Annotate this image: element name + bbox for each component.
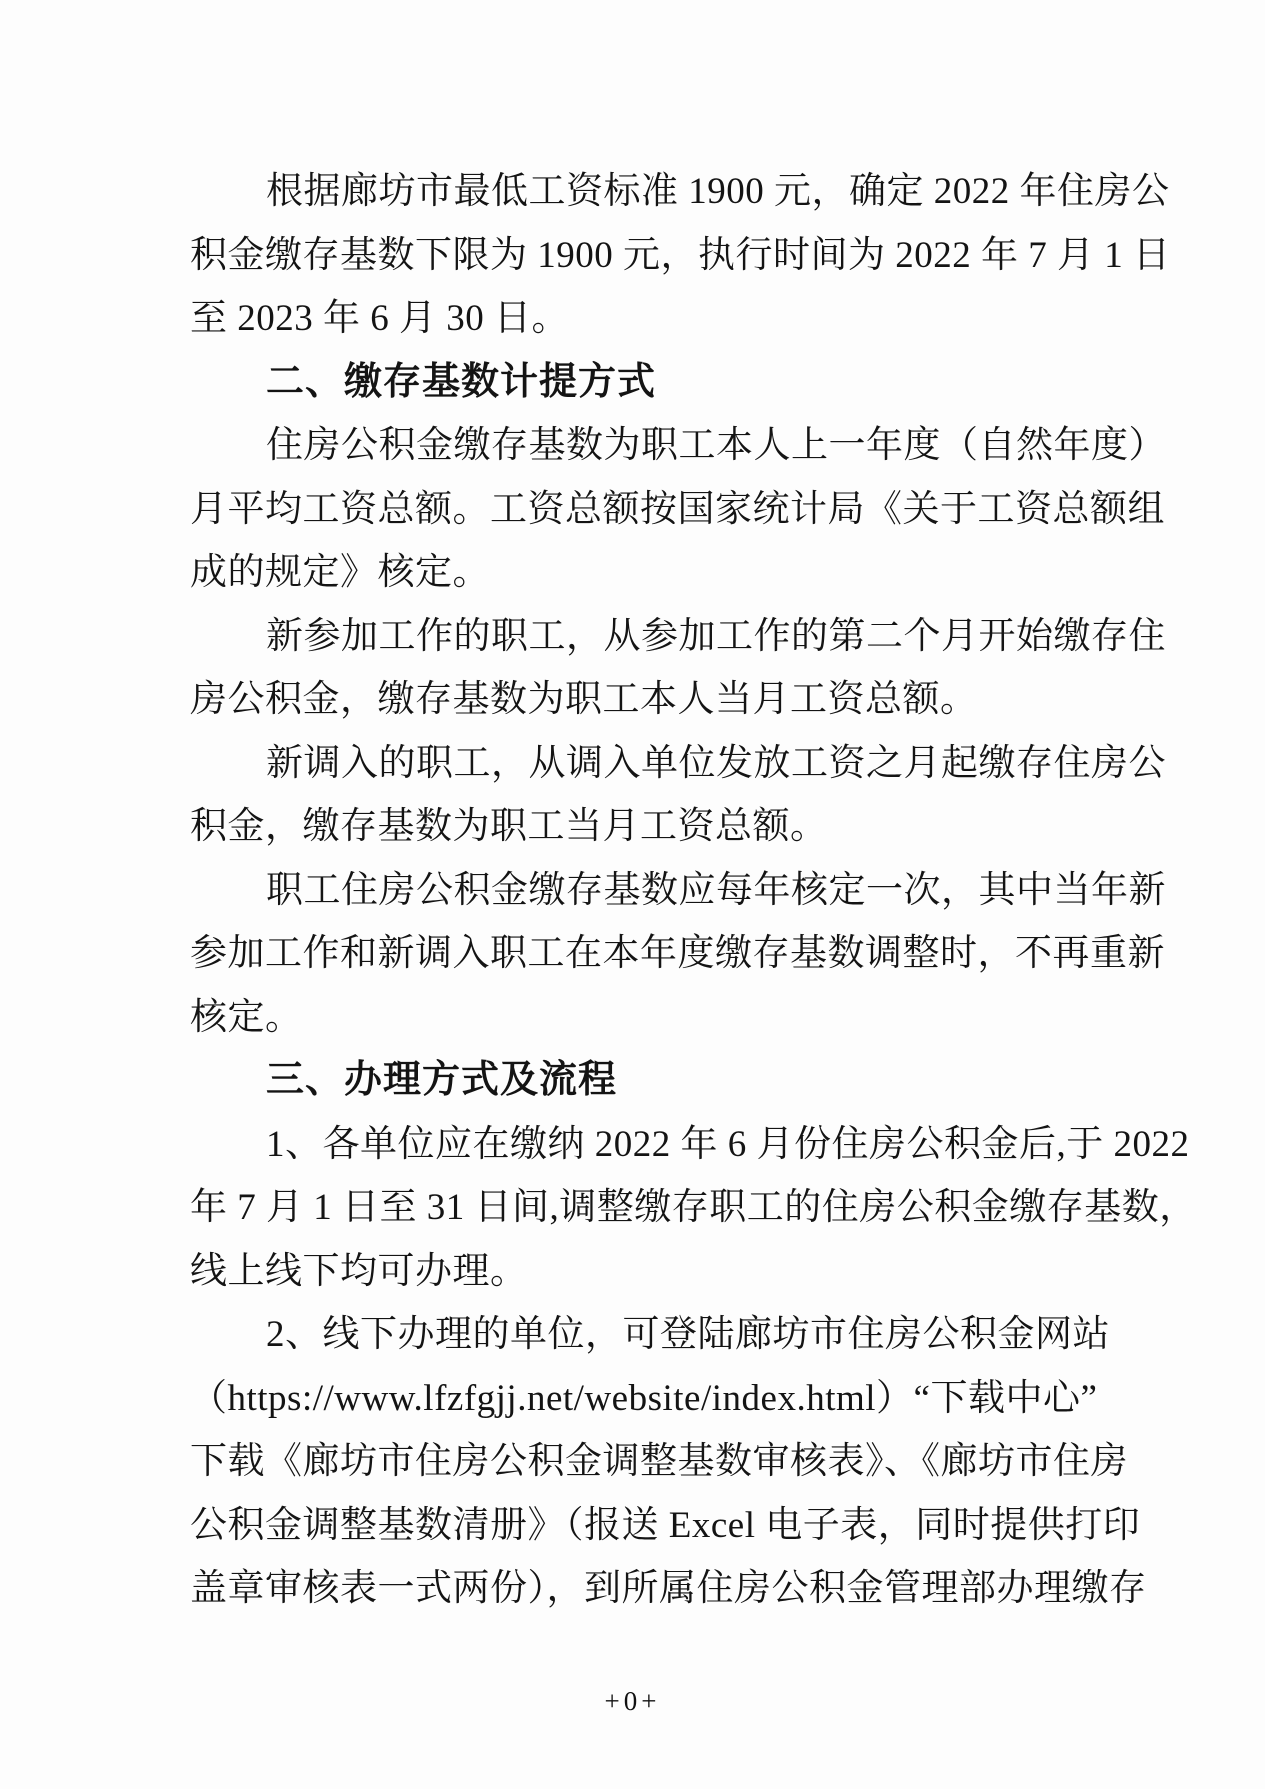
paragraph-line: 积金，缴存基数为职工当月工资总额。 xyxy=(190,795,1075,859)
paragraph-line: 2、线下办理的单位，可登陆廊坊市住房公积金网站 xyxy=(190,1303,1075,1367)
paragraph-line: 月平均工资总额。工资总额按国家统计局《关于工资总额组 xyxy=(190,478,1075,542)
paragraph-line: 1、各单位应在缴纳 2022 年 6 月份住房公积金后,于 2022 xyxy=(190,1113,1075,1177)
paragraph: 1、各单位应在缴纳 2022 年 6 月份住房公积金后,于 2022 年 7 月… xyxy=(190,1113,1075,1304)
paragraph-line: 盖章审核表一式两份），到所属住房公积金管理部办理缴存 xyxy=(190,1557,1075,1621)
paragraph: 住房公积金缴存基数为职工本人上一年度（自然年度） 月平均工资总额。工资总额按国家… xyxy=(190,414,1075,605)
paragraph: 新参加工作的职工，从参加工作的第二个月开始缴存住 房公积金，缴存基数为职工本人当… xyxy=(190,605,1075,732)
paragraph: 2、线下办理的单位，可登陆廊坊市住房公积金网站 （https://www.lfz… xyxy=(190,1303,1075,1621)
paragraph-line: 下载《廊坊市住房公积金调整基数审核表》、《廊坊市住房 xyxy=(190,1430,1075,1494)
paragraph-line: 年 7 月 1 日至 31 日间,调整缴存职工的住房公积金缴存基数， xyxy=(190,1176,1075,1240)
paragraph-line: 房公积金，缴存基数为职工本人当月工资总额。 xyxy=(190,668,1075,732)
paragraph-line: 参加工作和新调入职工在本年度缴存基数调整时，不再重新 xyxy=(190,922,1075,986)
heading-line: 二、缴存基数计提方式 xyxy=(190,351,1075,415)
section-heading-3: 三、办理方式及流程 xyxy=(190,1049,1075,1113)
paragraph-line-url: （https://www.lfzfgjj.net/website/index.h… xyxy=(190,1367,1075,1431)
paragraph-line: 成的规定》核定。 xyxy=(190,541,1075,605)
section-heading-2: 二、缴存基数计提方式 xyxy=(190,351,1075,415)
page-number: +0+ xyxy=(0,1686,1265,1717)
paragraph-line: 新调入的职工，从调入单位发放工资之月起缴存住房公 xyxy=(190,732,1075,796)
paragraph-line: 线上线下均可办理。 xyxy=(190,1240,1075,1304)
paragraph-line: 核定。 xyxy=(190,986,1075,1050)
paragraph-line: 公积金调整基数清册》（报送 Excel 电子表，同时提供打印 xyxy=(190,1494,1075,1558)
heading-line: 三、办理方式及流程 xyxy=(190,1049,1075,1113)
paragraph-line: 职工住房公积金缴存基数应每年核定一次，其中当年新 xyxy=(190,859,1075,923)
paragraph-line: 根据廊坊市最低工资标准 1900 元，确定 2022 年住房公 xyxy=(190,160,1075,224)
document-page: 根据廊坊市最低工资标准 1900 元，确定 2022 年住房公 积金缴存基数下限… xyxy=(0,0,1265,1789)
document-body: 根据廊坊市最低工资标准 1900 元，确定 2022 年住房公 积金缴存基数下限… xyxy=(190,160,1075,1621)
paragraph: 根据廊坊市最低工资标准 1900 元，确定 2022 年住房公 积金缴存基数下限… xyxy=(190,160,1075,351)
paragraph-line: 积金缴存基数下限为 1900 元，执行时间为 2022 年 7 月 1 日 xyxy=(190,224,1075,288)
paragraph-line: 至 2023 年 6 月 30 日。 xyxy=(190,287,1075,351)
paragraph: 职工住房公积金缴存基数应每年核定一次，其中当年新 参加工作和新调入职工在本年度缴… xyxy=(190,859,1075,1050)
paragraph-line: 新参加工作的职工，从参加工作的第二个月开始缴存住 xyxy=(190,605,1075,669)
paragraph: 新调入的职工，从调入单位发放工资之月起缴存住房公 积金，缴存基数为职工当月工资总… xyxy=(190,732,1075,859)
paragraph-line: 住房公积金缴存基数为职工本人上一年度（自然年度） xyxy=(190,414,1075,478)
